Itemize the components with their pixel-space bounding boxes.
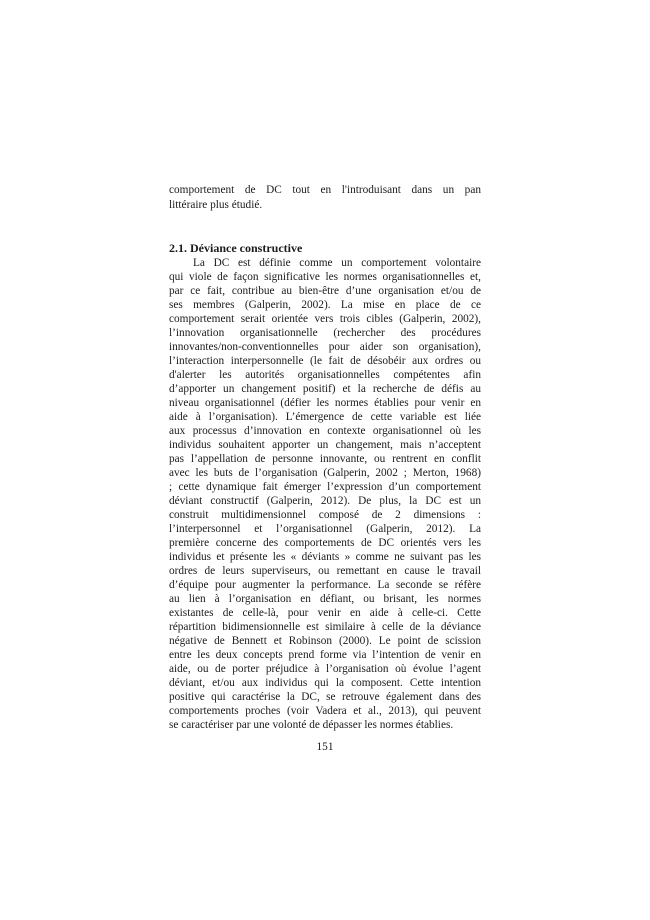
text-line: avec les buts de l’organisation (Galperi… <box>169 466 481 480</box>
text-line: existantes de celle-là, pour venir en ai… <box>169 606 481 620</box>
text-line: ses membres (Galperin, 2002). La mise en… <box>169 298 481 312</box>
text-line: d’apporter un changement positif) et la … <box>169 382 481 396</box>
text-line: ordres de leurs superviseurs, ou remetta… <box>169 564 481 578</box>
text-line: individus souhaitent apporter un changem… <box>169 438 481 452</box>
text-line: littéraire plus étudié. <box>169 198 481 213</box>
text-line: déviant constructif (Galperin, 2012). De… <box>169 494 481 508</box>
text-line: première concerne des comportements de D… <box>169 536 481 550</box>
text-line: répartition bidimensionnelle est similai… <box>169 620 481 634</box>
text-line: niveau organisationnel (défier les norme… <box>169 396 481 410</box>
text-line: positive qui caractérise la DC, se retro… <box>169 690 481 704</box>
section-paragraph: La DC est définie comme un comportement … <box>169 256 481 732</box>
text-line: l’interpersonnel et l’organisationnel (G… <box>169 522 481 536</box>
text-line: ; cette dynamique fait émerger l’express… <box>169 480 481 494</box>
text-line: comportement de DC tout en l'introduisan… <box>169 183 481 198</box>
text-line: se caractériser par une volonté de dépas… <box>169 718 481 732</box>
text-line: qui viole de façon significative les nor… <box>169 270 481 284</box>
text-line: d'alerter les autorités organisationnell… <box>169 368 481 382</box>
text-line: comportement serait orientée vers trois … <box>169 312 481 326</box>
section-heading: 2.1. Déviance constructive <box>169 241 481 256</box>
text-line: d’équipe pour augmenter la performance. … <box>169 578 481 592</box>
text-line: construit multidimensionnel composé de 2… <box>169 508 481 522</box>
text-line: entre les deux concepts prend forme via … <box>169 648 481 662</box>
text-block: comportement de DC tout en l'introduisan… <box>169 183 481 754</box>
text-line: par ce fait, contribue au bien-être d’un… <box>169 284 481 298</box>
text-line: l’interaction interpersonnelle (le fait … <box>169 354 481 368</box>
text-line: La DC est définie comme un comportement … <box>169 256 481 270</box>
text-line: négative de Bennett et Robinson (2000). … <box>169 634 481 648</box>
continuation-paragraph: comportement de DC tout en l'introduisan… <box>169 183 481 213</box>
text-line: déviant, et/ou aux individus qui la comp… <box>169 676 481 690</box>
text-line: individus et présente les « déviants » c… <box>169 550 481 564</box>
text-line: pas l’appellation de personne innovante,… <box>169 452 481 466</box>
text-line: aux processus d’innovation en contexte o… <box>169 424 481 438</box>
document-page: comportement de DC tout en l'introduisan… <box>0 0 650 920</box>
text-line: l’innovation organisationnelle (recherch… <box>169 326 481 340</box>
text-line: comportements proches (voir Vadera et al… <box>169 704 481 718</box>
text-line: au lien à l’organisation en défiant, ou … <box>169 592 481 606</box>
text-line: innovantes/non-conventionnelles pour aid… <box>169 340 481 354</box>
text-line: aide, ou de porter préjudice à l’organis… <box>169 662 481 676</box>
text-line: aide à l’organisation). L’émergence de c… <box>169 410 481 424</box>
page-number: 151 <box>169 740 481 754</box>
